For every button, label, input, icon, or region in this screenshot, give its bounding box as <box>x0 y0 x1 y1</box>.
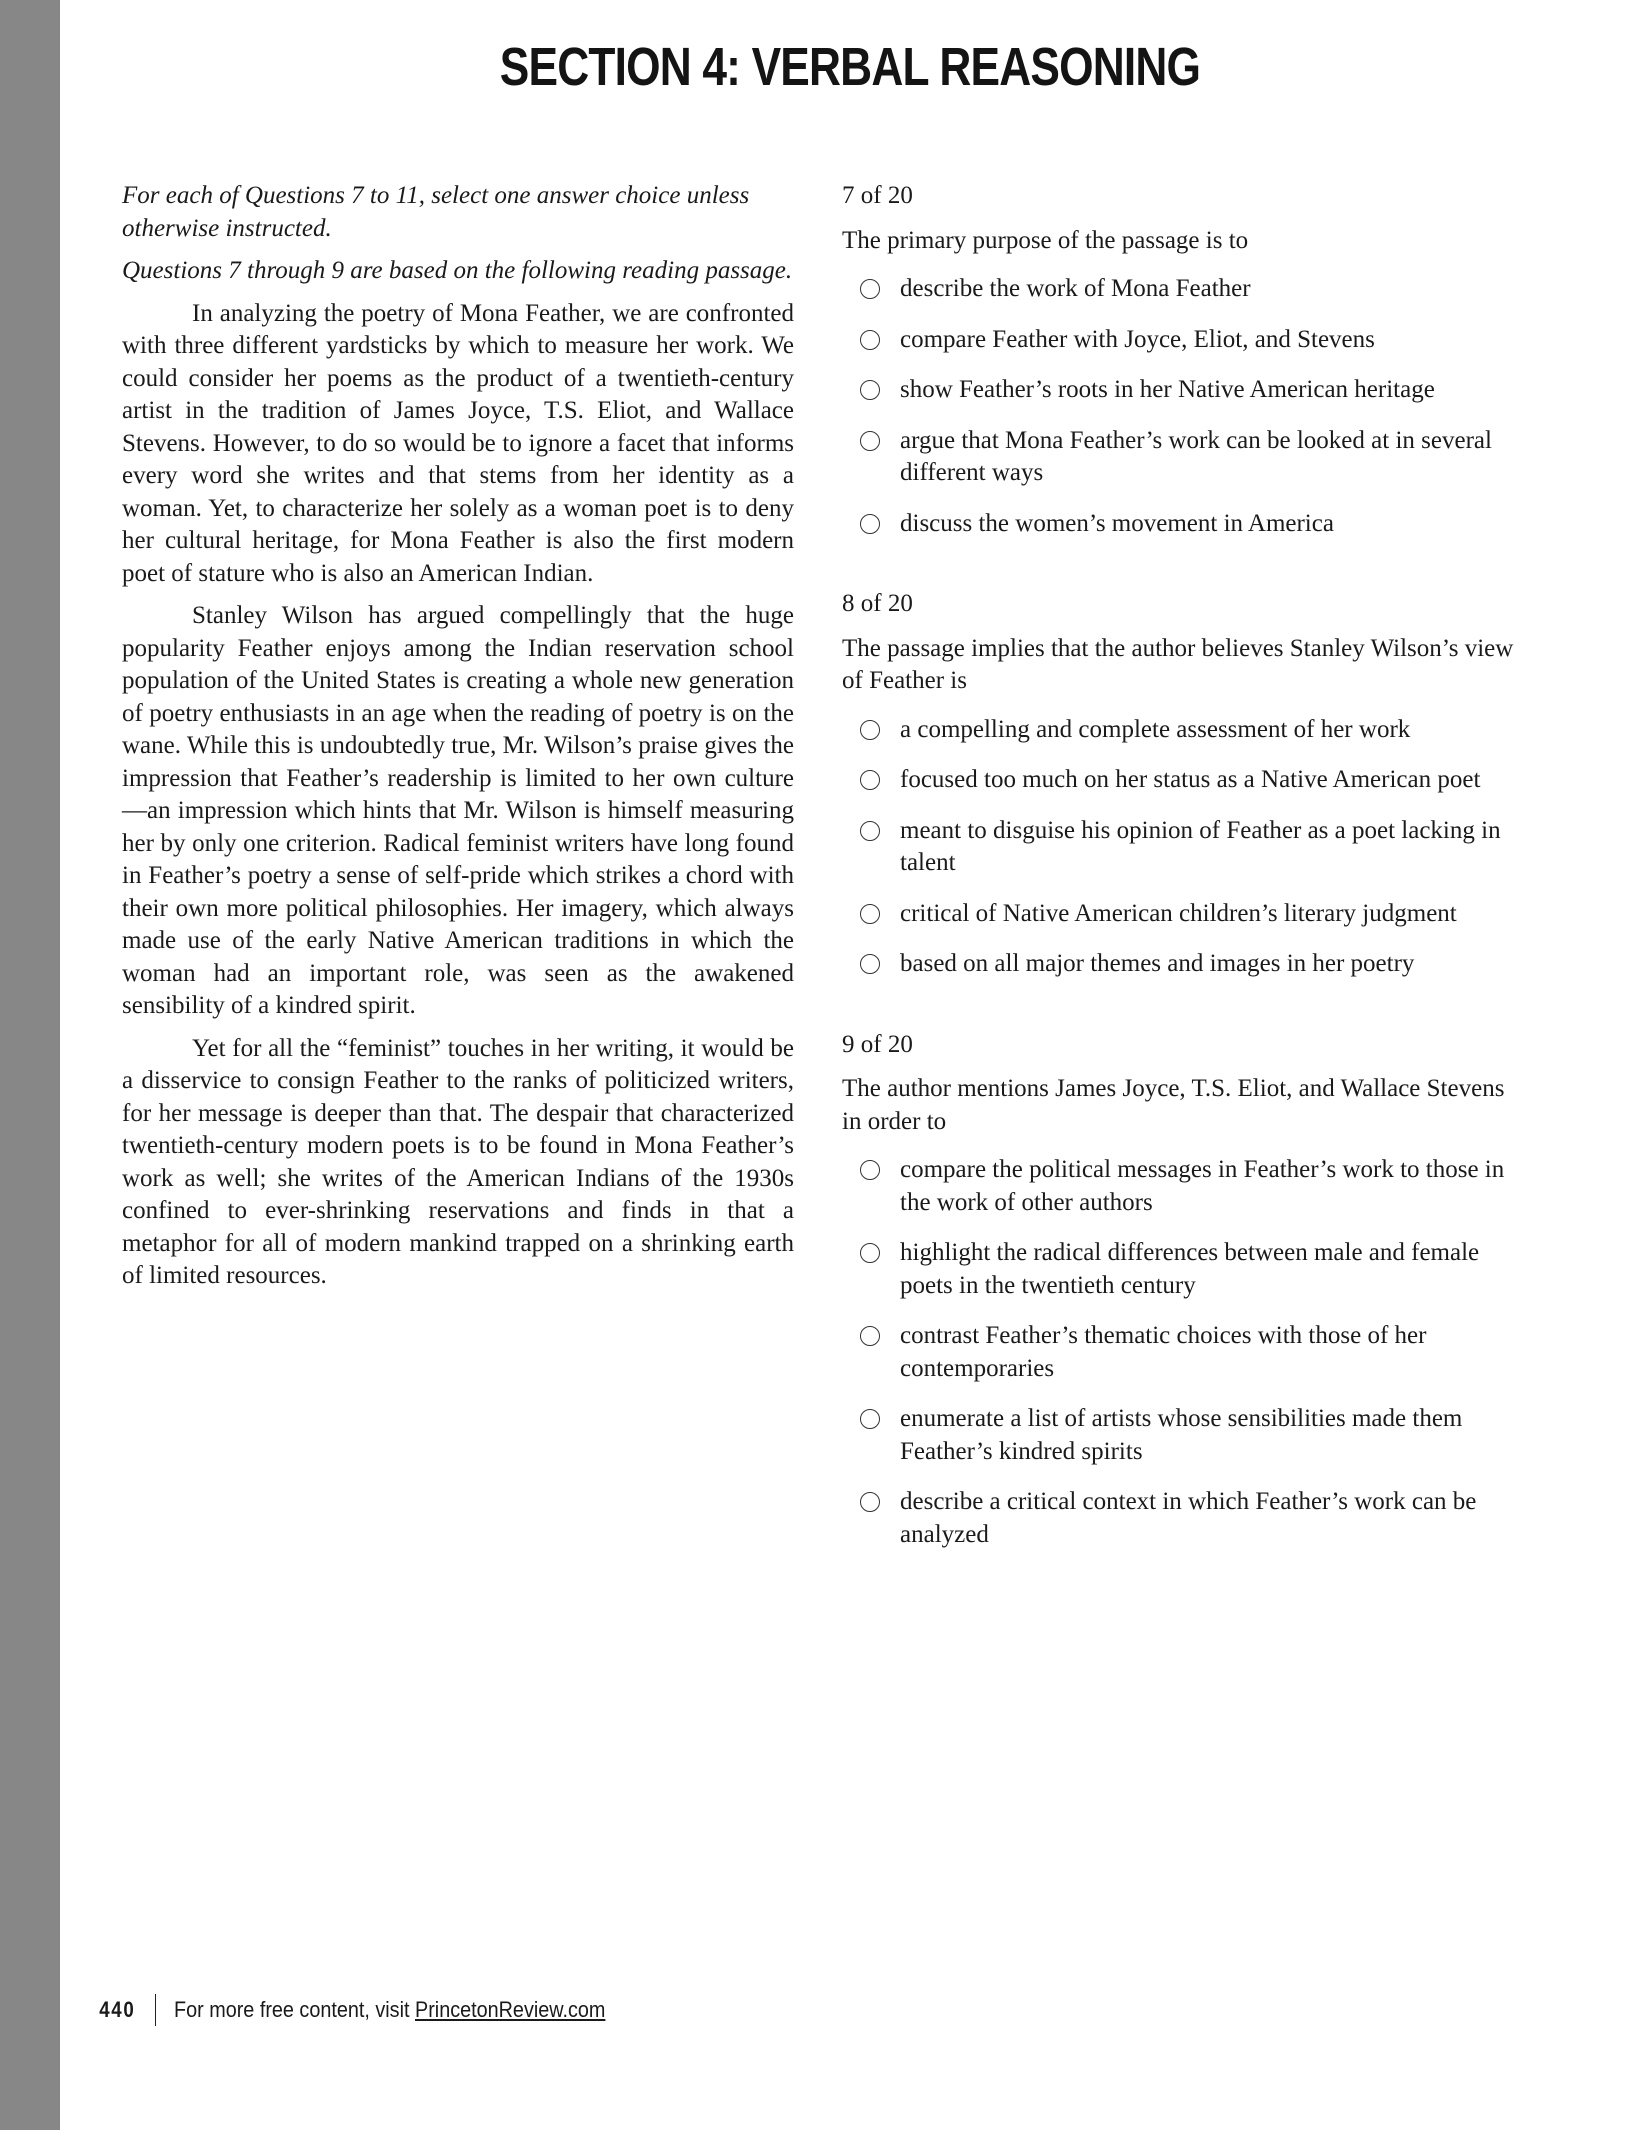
page-footer: 440 For more free content, visit Princet… <box>96 1994 654 2026</box>
radio-button-icon[interactable] <box>860 954 880 974</box>
footer-divider <box>155 1994 157 2026</box>
instructions-text: For each of Questions 7 to 11, select on… <box>122 180 794 245</box>
answer-choice[interactable]: describe the work of Mona Feather <box>860 273 1522 306</box>
choice-label: show Feather’s roots in her Native Ameri… <box>900 374 1522 407</box>
question-7: 7 of 20 The primary purpose of the passa… <box>842 180 1522 540</box>
passage-intro-text: Questions 7 through 9 are based on the f… <box>122 255 794 288</box>
footer-text: For more free content, visit <box>174 1997 415 2022</box>
footer-note: For more free content, visit PrincetonRe… <box>174 1997 605 2023</box>
choice-label: compare Feather with Joyce, Eliot, and S… <box>900 324 1522 357</box>
radio-button-icon[interactable] <box>860 514 880 534</box>
answer-choice[interactable]: highlight the radical differences betwee… <box>860 1237 1522 1302</box>
choice-label: enumerate a list of artists whose sensib… <box>900 1403 1522 1468</box>
answer-choice[interactable]: show Feather’s roots in her Native Ameri… <box>860 374 1522 407</box>
answer-choice[interactable]: meant to disguise his opinion of Feather… <box>860 815 1522 880</box>
radio-button-icon[interactable] <box>860 1326 880 1346</box>
choice-label: focused too much on her status as a Nati… <box>900 764 1522 797</box>
radio-button-icon[interactable] <box>860 720 880 740</box>
question-9: 9 of 20 The author mentions James Joyce,… <box>842 1029 1522 1552</box>
answer-choice[interactable]: describe a critical context in which Fea… <box>860 1486 1522 1551</box>
answer-choice[interactable]: contrast Feather’s thematic choices with… <box>860 1320 1522 1385</box>
radio-button-icon[interactable] <box>860 1492 880 1512</box>
choice-label: argue that Mona Feather’s work can be lo… <box>900 425 1522 490</box>
passage-paragraph: Stanley Wilson has argued compellingly t… <box>122 600 794 1023</box>
questions-column: 7 of 20 The primary purpose of the passa… <box>842 180 1522 1599</box>
answer-choice[interactable]: critical of Native American children’s l… <box>860 898 1522 931</box>
radio-button-icon[interactable] <box>860 1243 880 1263</box>
choice-label: highlight the radical differences betwee… <box>900 1237 1522 1302</box>
question-number: 8 of 20 <box>842 588 1522 621</box>
choice-label: describe the work of Mona Feather <box>900 273 1522 306</box>
choice-label: based on all major themes and images in … <box>900 948 1522 981</box>
passage-paragraph: In analyzing the poetry of Mona Feather,… <box>122 298 794 591</box>
radio-button-icon[interactable] <box>860 770 880 790</box>
page-title: SECTION 4: VERBAL REASONING <box>202 36 1498 98</box>
radio-button-icon[interactable] <box>860 821 880 841</box>
answer-choice[interactable]: discuss the women’s movement in America <box>860 508 1522 541</box>
princeton-review-link[interactable]: PrincetonReview.com <box>415 1997 605 2022</box>
choice-label: critical of Native American children’s l… <box>900 898 1522 931</box>
answer-choice[interactable]: based on all major themes and images in … <box>860 948 1522 981</box>
answer-choice[interactable]: enumerate a list of artists whose sensib… <box>860 1403 1522 1468</box>
question-stem: The passage implies that the author beli… <box>842 633 1522 698</box>
radio-button-icon[interactable] <box>860 380 880 400</box>
question-stem: The author mentions James Joyce, T.S. El… <box>842 1073 1522 1138</box>
choice-label: contrast Feather’s thematic choices with… <box>900 1320 1522 1385</box>
passage-paragraph: Yet for all the “feminist” touches in he… <box>122 1033 794 1293</box>
choice-label: discuss the women’s movement in America <box>900 508 1522 541</box>
radio-button-icon[interactable] <box>860 431 880 451</box>
page-margin-band <box>0 0 60 2130</box>
choice-label: meant to disguise his opinion of Feather… <box>900 815 1522 880</box>
answer-choice[interactable]: compare the political messages in Feathe… <box>860 1154 1522 1219</box>
answer-choice[interactable]: argue that Mona Feather’s work can be lo… <box>860 425 1522 490</box>
radio-button-icon[interactable] <box>860 1409 880 1429</box>
passage-column: For each of Questions 7 to 11, select on… <box>122 180 794 1303</box>
answer-choice[interactable]: focused too much on her status as a Nati… <box>860 764 1522 797</box>
question-number: 9 of 20 <box>842 1029 1522 1062</box>
radio-button-icon[interactable] <box>860 279 880 299</box>
choice-label: a compelling and complete assessment of … <box>900 714 1522 747</box>
radio-button-icon[interactable] <box>860 330 880 350</box>
question-number: 7 of 20 <box>842 180 1522 213</box>
question-8: 8 of 20 The passage implies that the aut… <box>842 588 1522 981</box>
answer-choice[interactable]: compare Feather with Joyce, Eliot, and S… <box>860 324 1522 357</box>
answer-choice[interactable]: a compelling and complete assessment of … <box>860 714 1522 747</box>
radio-button-icon[interactable] <box>860 904 880 924</box>
question-stem: The primary purpose of the passage is to <box>842 225 1522 258</box>
choice-label: describe a critical context in which Fea… <box>900 1486 1522 1551</box>
page-number: 440 <box>99 1997 135 2023</box>
radio-button-icon[interactable] <box>860 1160 880 1180</box>
choice-label: compare the political messages in Feathe… <box>900 1154 1522 1219</box>
